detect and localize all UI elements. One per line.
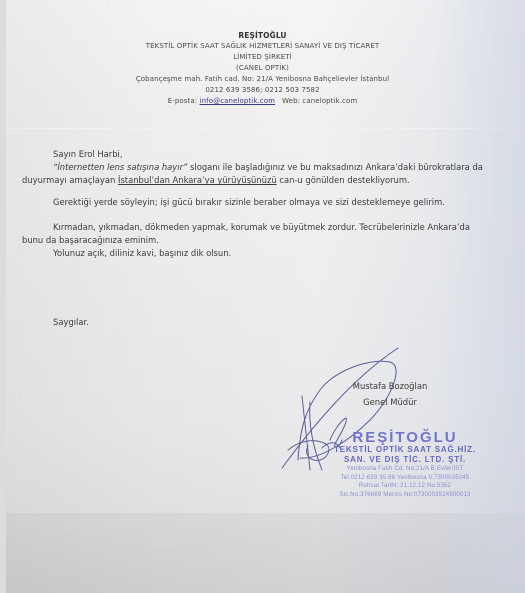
salutation: Sayın Erol Harbi, (22, 148, 492, 161)
signer-block: Mustafa Bozoğlan Genel Müdür (340, 378, 440, 410)
letter-body: Sayın Erol Harbi, “İnternetten lens satı… (22, 148, 492, 260)
stamp-line-3: Yenibosna Fatih Cd. No:21/A B.Evler/İST (300, 465, 510, 474)
company-name: REŞİTOĞLU (0, 30, 525, 41)
paragraph-1-b: can-u gönülden destekliyorum. (277, 175, 410, 185)
stamp-line-6: Sic.No:376669 Mersis No:0730003524500013 (300, 491, 510, 500)
company-line-1: TEKSTİL OPTİK SAAT SAĞLIK HİZMETLERİ SAN… (0, 41, 525, 52)
web-address: caneloptik.com (302, 97, 357, 105)
closing: Saygılar. (53, 317, 89, 327)
email-link[interactable]: info@caneloptik.com (200, 97, 276, 105)
paragraph-3: Kırmadan, yıkmadan, dökmeden yapmak, kor… (22, 221, 492, 247)
stamp-line-4: Tel:0212 639 35 86 Yenibosna V.730003524… (300, 474, 510, 483)
paragraph-4: Yolunuz açık, diliniz kavi, başınız dik … (22, 247, 492, 260)
company-stamp: REŞİTOĞLU TEKSTİL OPTİK SAAT SAĞ.HİZ. SA… (300, 431, 510, 499)
march-reference: İstanbul’dan Ankara’ya yürüyüşünüzü (118, 175, 277, 185)
paragraph-2: Gerektiği yerde söyleyin; işi gücü bırak… (22, 196, 492, 209)
stamp-title: REŞİTOĞLU (300, 431, 510, 445)
company-address: Çobançeşme mah. Fatih cad. No: 21/A Yeni… (0, 74, 525, 85)
stamp-line-5: Ruhsat Tarihi: 21.12.12 No:5352 (300, 482, 510, 491)
company-line-3: (CANEL OPTİK) (0, 63, 525, 74)
company-line-2: LİMİTED ŞİRKETİ (0, 52, 525, 63)
signer-title: Genel Müdür (340, 394, 440, 410)
letterhead: REŞİTOĞLU TEKSTİL OPTİK SAAT SAĞLIK HİZM… (0, 30, 525, 107)
stamp-line-1: TEKSTİL OPTİK SAAT SAĞ.HİZ. (300, 445, 510, 455)
paragraph-1: “İnternetten lens satışına hayır” slogan… (22, 161, 492, 187)
company-contact: E-posta: info@caneloptik.com Web: canelo… (0, 96, 525, 107)
email-label: E-posta: (168, 97, 198, 105)
signer-name: Mustafa Bozoğlan (340, 378, 440, 394)
slogan-quote: “İnternetten lens satışına hayır” (53, 162, 187, 172)
company-phones: 0212 639 3586; 0212 503 7582 (0, 85, 525, 96)
stamp-line-2: SAN. VE DIŞ TİC. LTD. ŞTİ. (300, 455, 510, 465)
web-label: Web: (282, 97, 300, 105)
